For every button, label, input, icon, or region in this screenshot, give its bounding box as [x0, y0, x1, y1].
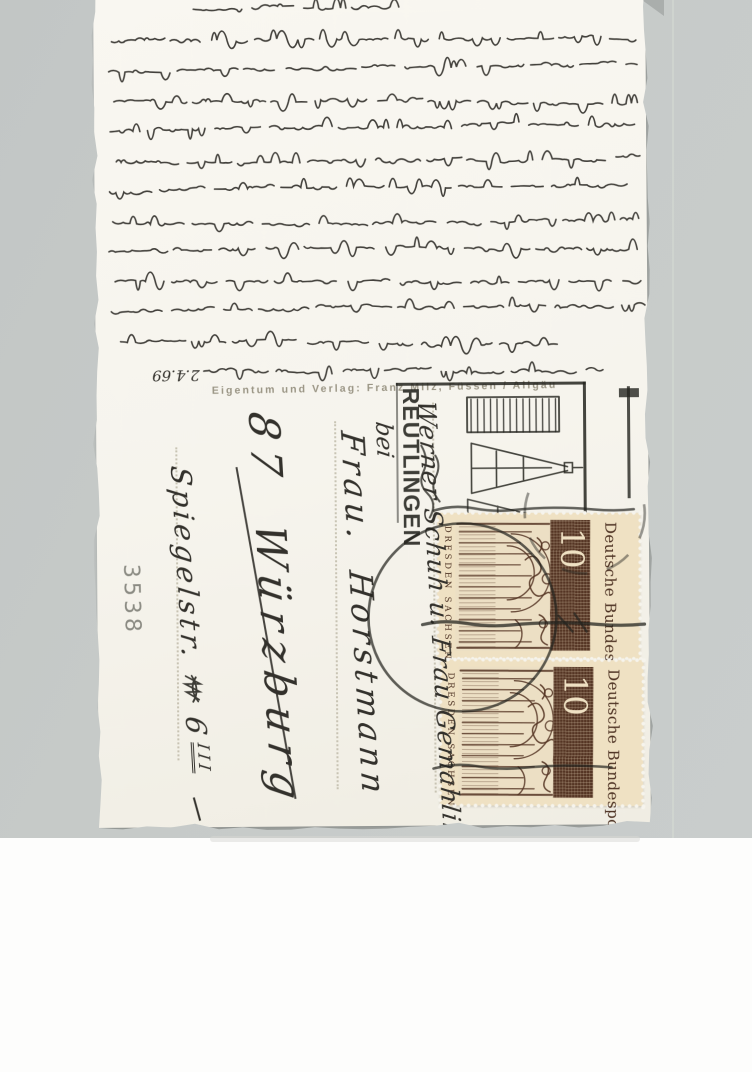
scanned-postcard-photo: 2.4.69 Eigentum und Verlag: Franz Milz, … [0, 0, 752, 1072]
postmark-second-strike-line [627, 386, 630, 498]
pencil-inventory-number: 3538 [117, 564, 145, 637]
cancellation-marks [352, 487, 654, 809]
floor-number: III [191, 742, 215, 775]
postcard: 2.4.69 Eigentum und Verlag: Franz Milz, … [93, 0, 651, 828]
address-city-line: 87 Würzburg [238, 409, 312, 811]
house-number: 6 [179, 715, 214, 741]
card-bottom-shadow [210, 836, 640, 842]
postmark-second-strike-corner [619, 388, 639, 397]
street-name: Spiegelstr. [164, 464, 209, 662]
message-date: 2.4.69 [146, 365, 200, 385]
strikethrough-scribble [179, 672, 205, 705]
floor-underline [193, 797, 201, 821]
handwritten-message-upside-down [93, 0, 648, 398]
scanner-streak [672, 0, 674, 838]
